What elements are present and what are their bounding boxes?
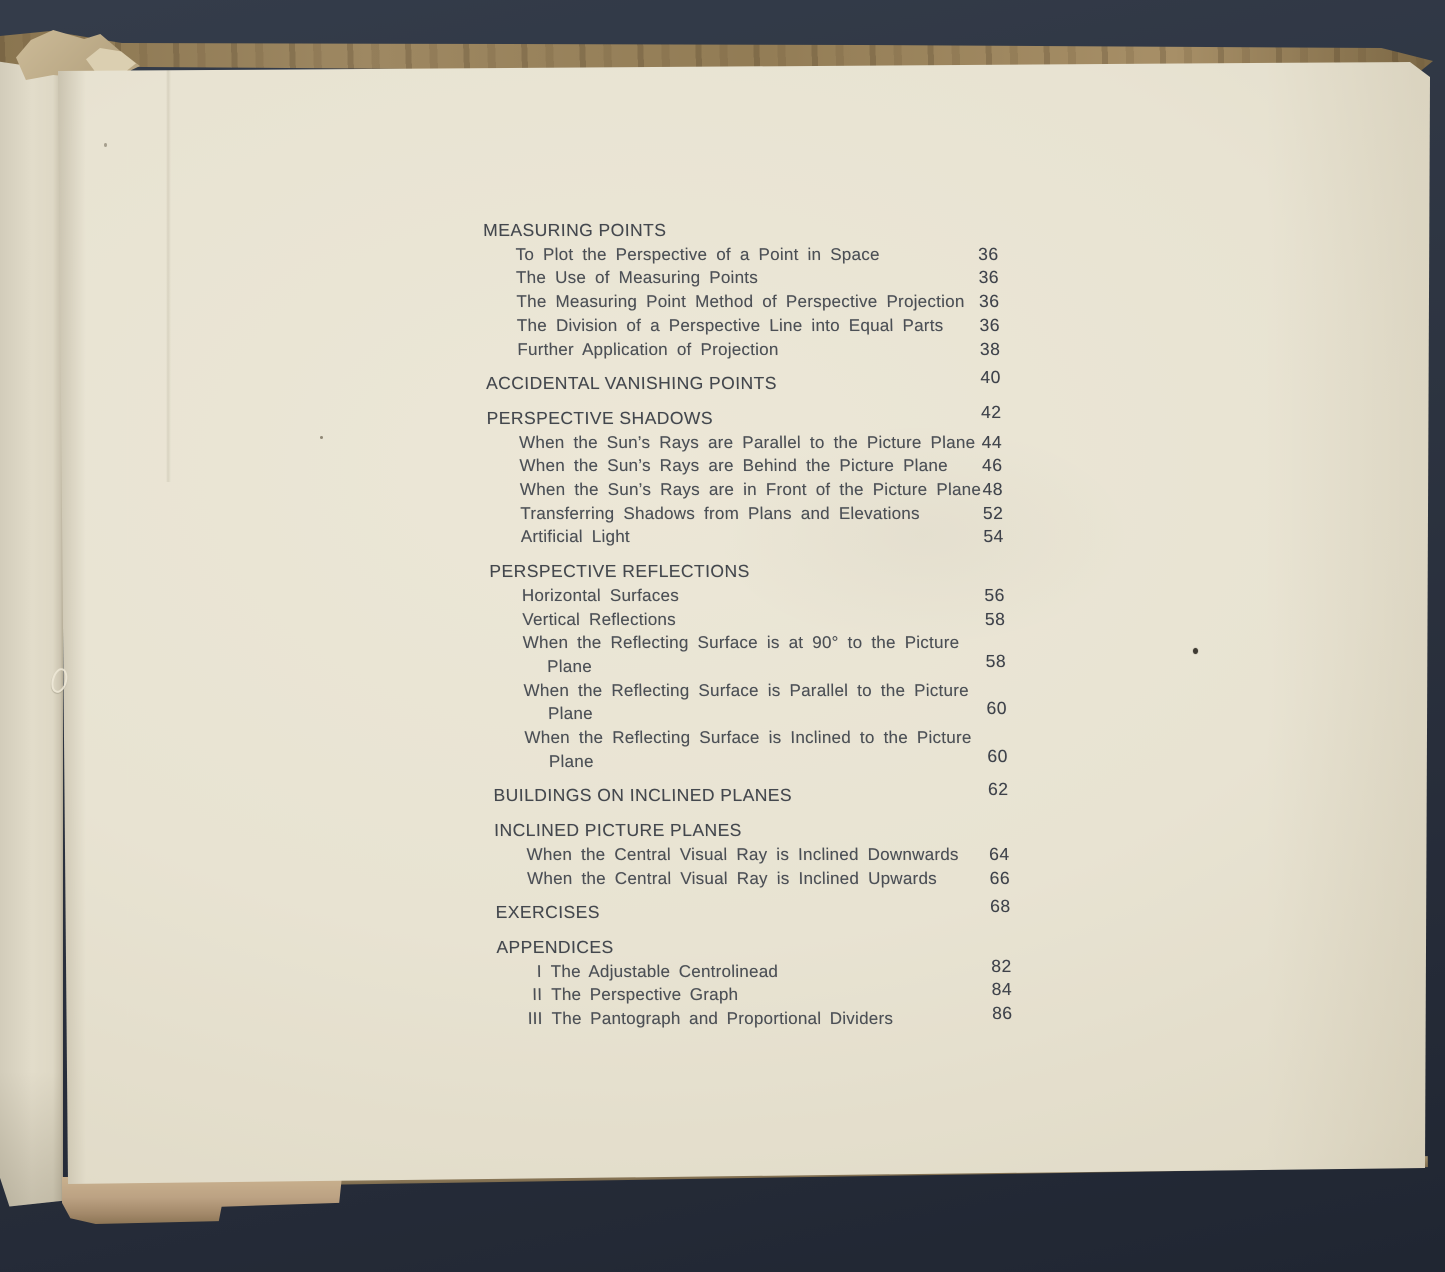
toc-entry: When the Central Visual Ray is Inclined … [495,867,1010,891]
toc-entry: Further Application of Projection38 [485,338,1000,362]
page-number: 54 [964,525,1004,549]
page-number: 60 [968,745,1008,769]
toc-entry: When the Reflecting Surface is Inclined … [492,726,1008,773]
page-number: 48 [963,478,1003,502]
toc-entry: When the Reflecting Surface is at 90° to… [491,631,1007,678]
toc-section-heading: PERSPECTIVE SHADOWS42 [486,407,1001,431]
toc-entry: When the Central Visual Ray is Inclined … [494,843,1009,867]
entry-label: The Adjustable Centrolinead [551,962,779,981]
entry-label: To Plot the Perspective of a Point in Sp… [515,245,879,264]
toc-entry: When the Sun’s Rays are Parallel to the … [487,431,1002,455]
toc-entry: When the Sun’s Rays are Behind the Pictu… [487,454,1002,478]
section-title: PERSPECTIVE SHADOWS [486,408,713,428]
page-number: 60 [967,697,1007,721]
appendix-numeral: III [497,1007,542,1031]
page-number: 66 [970,867,1010,891]
toc-entry: Transferring Shadows from Plans and Elev… [488,502,1003,526]
page-number: 36 [958,243,998,267]
toc-section-heading: PERSPECTIVE REFLECTIONS [489,560,1004,584]
page-number: 36 [959,266,999,290]
entry-label: When the Sun’s Rays are Behind the Pictu… [519,456,948,475]
page-speck [104,143,107,147]
page-number: 46 [962,454,1002,478]
entry-label: Vertical Reflections [522,610,676,629]
appendix-numeral: II [497,983,542,1007]
toc-appendix-entry: IThe Adjustable Centrolinead82 [497,960,1012,984]
entry-label: When the Sun’s Rays are Parallel to the … [519,433,976,452]
section-title: INCLINED PICTURE PLANES [494,820,742,840]
page-number: 58 [966,650,1006,674]
toc-section-heading: EXERCISES68 [496,901,1011,925]
page-speck [1193,648,1198,654]
entry-label: When the Central Visual Ray is Inclined … [527,869,937,888]
entry-label: The Measuring Point Method of Perspectiv… [516,292,964,311]
entry-label-line2: Plane [524,702,963,726]
toc-appendix-entry: IIIThe Pantograph and Proportional Divid… [497,1007,1012,1031]
entry-label: When the Reflecting Surface is Parallel … [523,679,962,703]
page-number: 40 [961,366,1001,390]
entry-label: When the Reflecting Surface is Inclined … [524,726,963,750]
entry-label: Further Application of Projection [517,340,779,359]
entry-label: When the Central Visual Ray is Inclined … [526,845,958,864]
toc-section-heading: INCLINED PICTURE PLANES [494,819,1009,843]
page-number: 62 [968,778,1008,802]
page-number: 36 [959,290,999,314]
entry-label: The Division of a Perspective Line into … [517,316,944,335]
toc-section-heading: BUILDINGS ON INCLINED PLANES62 [493,784,1008,808]
toc-appendix-entry: IIThe Perspective Graph84 [497,983,1012,1007]
section-title: ACCIDENTAL VANISHING POINTS [486,373,777,393]
toc-entry: To Plot the Perspective of a Point in Sp… [483,243,998,267]
toc-entry: Horizontal Surfaces56 [490,584,1005,608]
page-number: 44 [962,431,1002,455]
page-number: 56 [965,584,1005,608]
left-page-edge [0,56,63,1210]
page-number: 42 [961,401,1001,425]
table-of-contents: MEASURING POINTS To Plot the Perspective… [483,219,1013,1031]
section-title: EXERCISES [496,902,601,922]
entry-label: Artificial Light [521,527,630,546]
page-number: 84 [972,978,1012,1002]
page-number: 86 [972,1002,1012,1026]
entry-label: The Use of Measuring Points [516,268,758,287]
toc-entry: When the Sun’s Rays are in Front of the … [488,478,1003,502]
section-title: APPENDICES [496,937,614,957]
toc-section-heading: MEASURING POINTS [483,219,998,243]
page-number: 36 [960,314,1000,338]
toc-entry: When the Reflecting Surface is Parallel … [491,679,1007,726]
entry-label: When the Reflecting Surface is at 90° to… [523,631,962,655]
page-number: 52 [963,502,1003,526]
page-number: 64 [969,843,1009,867]
toc-entry: The Measuring Point Method of Perspectiv… [484,290,999,314]
toc-section-heading: ACCIDENTAL VANISHING POINTS40 [486,372,1001,396]
entry-label: The Pantograph and Proportional Dividers [551,1009,893,1028]
entry-label-line2: Plane [525,750,964,774]
toc-entry: The Use of Measuring Points36 [484,266,999,290]
section-title: PERSPECTIVE REFLECTIONS [489,561,750,581]
entry-label: The Perspective Graph [551,985,738,1004]
page-number: 68 [970,895,1010,919]
toc-section-heading: APPENDICES [496,936,1011,960]
section-title: BUILDINGS ON INCLINED PLANES [493,785,792,805]
page-number: 82 [971,955,1011,979]
toc-entry: The Division of a Perspective Line into … [485,314,1000,338]
page-number: 58 [965,608,1005,632]
entry-label: Transferring Shadows from Plans and Elev… [520,504,920,523]
entry-label-line2: Plane [523,655,962,679]
page-speck [320,436,323,439]
appendix-numeral: I [497,960,542,984]
toc-entry: Vertical Reflections58 [490,608,1005,632]
section-title: MEASURING POINTS [483,220,667,240]
page-number: 38 [960,338,1000,362]
entry-label: Horizontal Surfaces [522,586,679,605]
entry-label: When the Sun’s Rays are in Front of the … [520,480,982,499]
toc-entry: Artificial Light54 [489,525,1004,549]
